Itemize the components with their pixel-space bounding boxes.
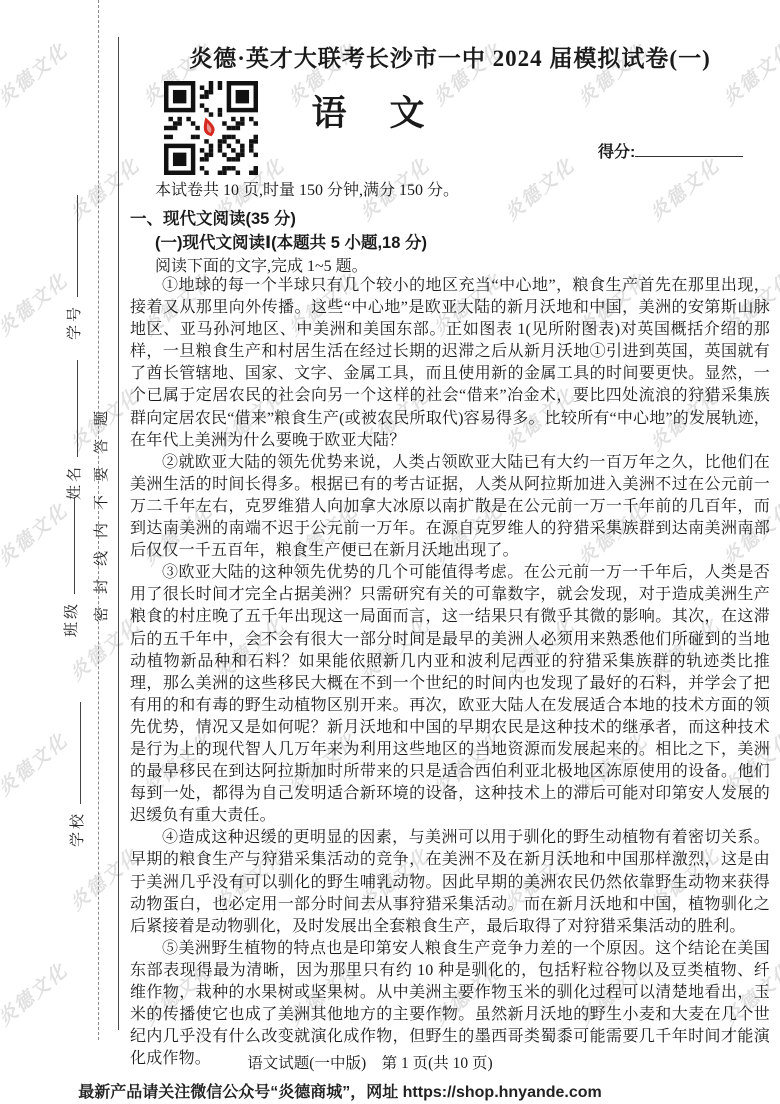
exam-instruction: 本试卷共 10 页,时量 150 分钟,满分 150 分。 — [130, 177, 770, 200]
passage-paragraph-4: ④造成这种迟缓的更明显的因素，与美洲可以用于驯化的野生动植物有着密切关系。早期的… — [130, 827, 770, 937]
field-label-name: 姓名 — [63, 464, 84, 500]
page-footer: 语文试题(一中版) 第 1 页(共 10 页) — [90, 1051, 650, 1073]
subject-title: 语 文 — [130, 86, 610, 136]
passage-paragraph-1: ①地球的每一个半球只有几个较小的地区充当“中心地”，粮食生产首先在那里出现，接着… — [130, 275, 770, 452]
field-blank-class — [60, 497, 75, 594]
seal-notice-text: 密封线内不要答题 — [90, 382, 111, 622]
field-blank-student-id — [63, 195, 78, 297]
score-line: 得分: — [598, 139, 743, 162]
field-label-student-id: 学号 — [63, 304, 84, 340]
passage-paragraph-3: ③欧亚大陆的这种领先优势的几个可能值得考虑。在公元前一万一千年后，人类是否用了很… — [130, 562, 770, 827]
field-label-school: 学校 — [66, 811, 87, 847]
reading-intro: 阅读下面的文字,完成 1~5 题。 — [130, 253, 770, 276]
promo-footer: 最新产品请关注微信公众号“炎德商城”，网址 https://shop.hnyan… — [20, 1079, 660, 1102]
subsection-heading-reading-1: (一)现代文阅读Ⅰ(本题共 5 小题,18 分) — [130, 229, 770, 253]
margin-border-line — [118, 37, 119, 1030]
exam-paper-page: { "watermark": { "text": "炎德文化" }, "head… — [0, 0, 780, 1104]
margin-field-school: 学校 — [66, 702, 86, 847]
margin-field-class: 班级 — [60, 497, 80, 637]
margin-field-name: 姓名 — [63, 360, 83, 500]
exam-title: 炎德·英才大联考长沙市一中 2024 届模拟试卷(一) — [130, 40, 770, 73]
content-layer: 密封线内不要答题 学号 姓名 班级 学校 炎德·英才大联考长沙市一中 2024 … — [0, 0, 780, 1104]
field-label-class: 班级 — [60, 601, 81, 637]
field-blank-name — [63, 360, 78, 457]
passage-paragraph-2: ②就欧亚大陆的领先优势来说，人类占领欧亚大陆已有大约一百万年之久，比他们在美洲生… — [130, 452, 770, 562]
margin-field-student-id: 学号 — [63, 195, 83, 340]
score-blank-line — [635, 154, 743, 157]
reading-passage: ①地球的每一个半球只有几个较小的地区充当“中心地”，粮食生产首先在那里出现，接着… — [130, 275, 770, 1070]
field-blank-school — [66, 702, 81, 804]
section-heading-modern-reading: 一、现代文阅读(35 分) — [130, 205, 770, 229]
score-label: 得分: — [598, 144, 635, 161]
